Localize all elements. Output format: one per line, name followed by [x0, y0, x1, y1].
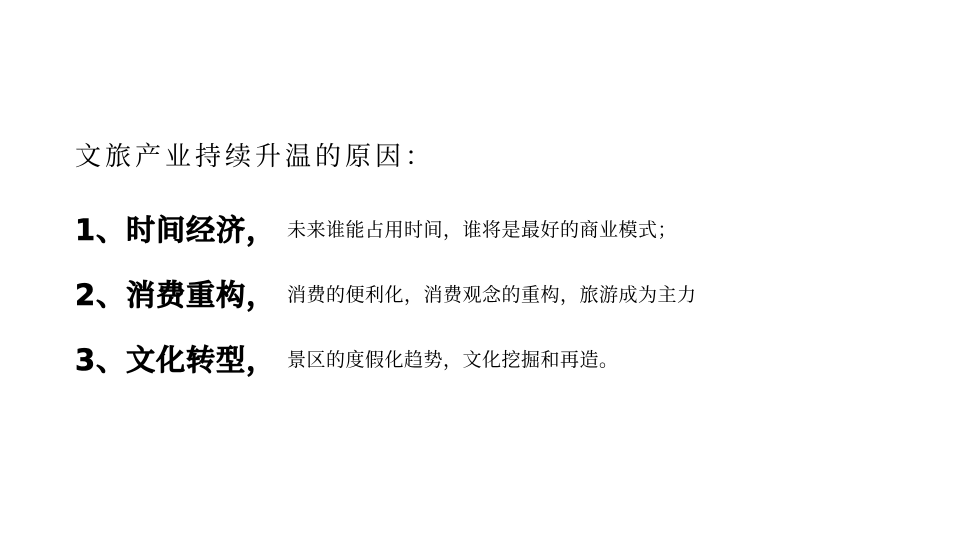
slide-title: 文旅产业持续升温的原因： [75, 140, 435, 174]
point-description: 消费的便利化，消费观念的重构，旅游成为主力 [287, 273, 697, 317]
point-description: 未来谁能占用时间，谁将是最好的商业模式； [287, 208, 677, 252]
point-heading: 3、文化转型， [75, 338, 287, 382]
slide: 文旅产业持续升温的原因： 1、时间经济， 未来谁能占用时间，谁将是最好的商业模式… [0, 0, 960, 540]
reason-point-1: 1、时间经济， 未来谁能占用时间，谁将是最好的商业模式； [75, 208, 677, 252]
reason-point-2: 2、消费重构， 消费的便利化，消费观念的重构，旅游成为主力 [75, 273, 697, 317]
point-heading: 2、消费重构， [75, 273, 287, 317]
reason-point-3: 3、文化转型， 景区的度假化趋势，文化挖掘和再造。 [75, 338, 619, 382]
point-heading: 1、时间经济， [75, 208, 287, 252]
point-description: 景区的度假化趋势，文化挖掘和再造。 [287, 338, 619, 382]
